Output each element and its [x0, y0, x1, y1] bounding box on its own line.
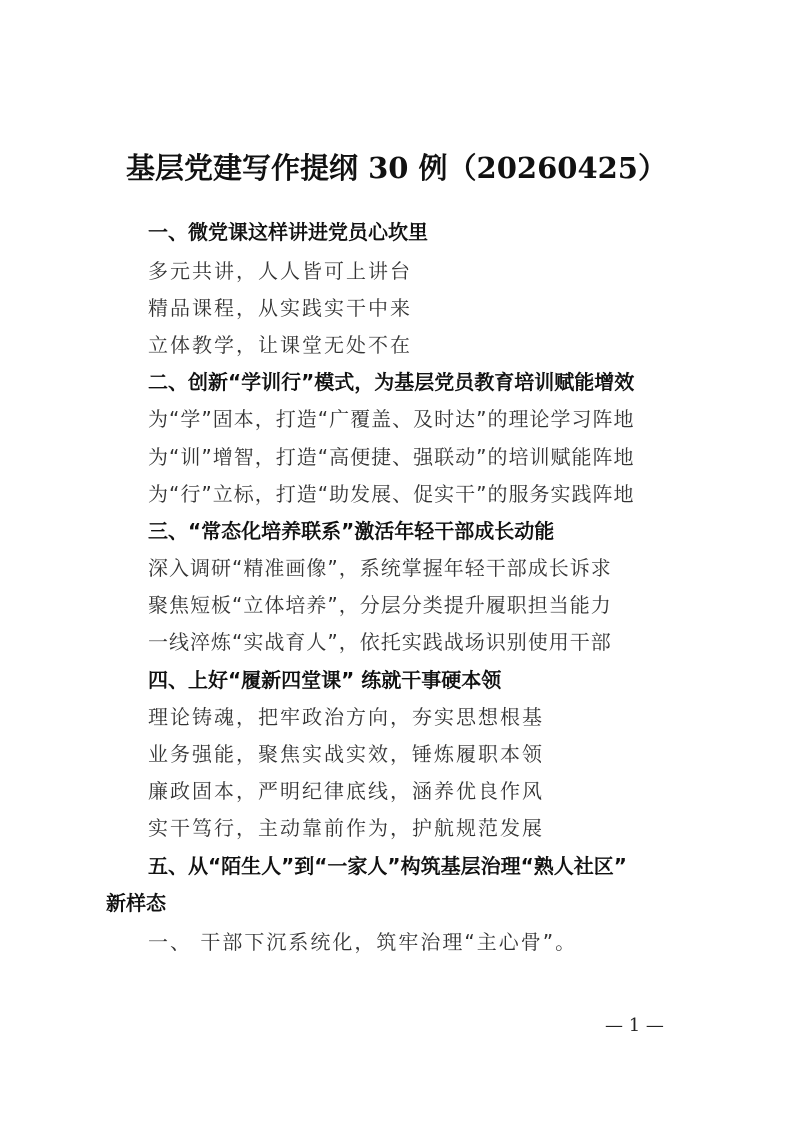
list-item: 理论铸魂，把牢政治方向，夯实思想根基: [148, 704, 544, 730]
list-item: 为“学”固本，打造“广覆盖、及时达”的理论学习阵地: [148, 406, 634, 432]
list-item: 廉政固本，严明纪律底线，涵养优良作风: [148, 778, 544, 804]
section-heading-2: 二、创新“学训行”模式，为基层党员教育培训赋能增效: [148, 369, 634, 395]
list-item: 精品课程，从实践实干中来: [148, 295, 412, 321]
list-item: 业务强能，聚焦实战实效，锤炼履职本领: [148, 741, 544, 767]
list-item: 深入调研“精准画像”，系统掌握年轻干部成长诉求: [148, 555, 612, 581]
list-item: 一、 干部下沉系统化，筑牢治理“主心骨”。: [148, 929, 577, 955]
list-item: 聚焦短板“立体培养”，分层分类提升履职担当能力: [148, 592, 612, 618]
list-item: 立体教学，让课堂无处不在: [148, 332, 412, 358]
list-item: 为“行”立标，打造“助发展、促实干”的服务实践阵地: [148, 481, 634, 507]
document-page: 基层党建写作提纲 30 例（20260425） 一、微党课这样讲进党员心坎里 多…: [0, 0, 793, 1122]
section-heading-5-continuation: 新样态: [106, 890, 166, 916]
section-heading-4: 四、上好“履新四堂课” 练就干事硬本领: [148, 667, 501, 693]
section-heading-3: 三、“常态化培养联系”激活年轻干部成长动能: [148, 518, 554, 544]
section-heading-1: 一、微党课这样讲进党员心坎里: [148, 219, 428, 245]
list-item: 一线淬炼“实战育人”，依托实践战场识别使用干部: [148, 629, 612, 655]
list-item: 实干笃行，主动靠前作为，护航规范发展: [148, 815, 544, 841]
document-title: 基层党建写作提纲 30 例（20260425）: [0, 146, 793, 187]
page-number: — 1 —: [605, 1015, 664, 1036]
section-heading-5: 五、从“陌生人”到“一家人”构筑基层治理“熟人社区”: [148, 853, 627, 879]
list-item: 多元共讲，人人皆可上讲台: [148, 258, 412, 284]
list-item: 为“训”增智，打造“高便捷、强联动”的培训赋能阵地: [148, 444, 634, 470]
